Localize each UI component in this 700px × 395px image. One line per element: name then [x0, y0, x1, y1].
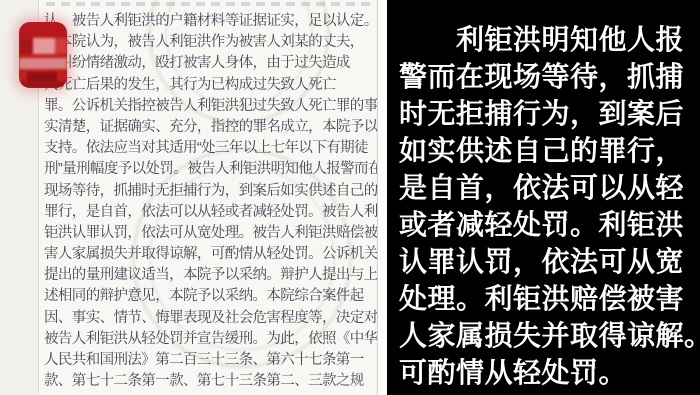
caption-line: 或者减轻处罚。利钜洪 — [399, 206, 695, 243]
caption-line: 可酌情从轻处罚。 — [399, 354, 695, 391]
document-line: 述相同的辩护意见，本院予以采纳。本院综合案件起 — [44, 286, 377, 307]
logo-mosaic — [19, 22, 67, 88]
document-line: 害人家属损失并取得谅解，可酌情从轻处罚。公诉机关 — [44, 244, 377, 265]
clipped-text-line — [46, 2, 372, 6]
caption-line: 利钜洪明知他人报 — [399, 21, 695, 58]
document-line: 本院认为，被告人利钜洪作为被害人刘某的丈夫， — [44, 32, 377, 53]
document-line: 人死亡后果的发生，其行为已构成过失致人死亡 — [44, 75, 377, 96]
document-line: 支持。依法应当对其适用“处三年以上七年以下有期徒 — [44, 138, 377, 159]
court-judgment-document: 认，被告人利钜洪的户籍材料等证据证实，足以认定。 本院认为，被告人利钜洪作为被害… — [0, 0, 387, 395]
caption-line: 是自首，依法可以从轻 — [399, 169, 695, 206]
caption-line: 人家属损失并取得谅解。 — [399, 317, 695, 354]
document-line: 被告人利钜洪从轻处罚并宣告缓刑。为此，依照《中华 — [44, 329, 377, 350]
page-right-edge — [377, 0, 387, 395]
caption-panel: 利钜洪明知他人报 警而在现场等待，抓捕 时无拒捕行为，到案后 如实供述自己的罪行… — [387, 0, 700, 395]
caption-line: 处理。利钜洪赔偿被害 — [399, 280, 695, 317]
document-line: 实清楚，证据确实、充分，指控的罪名成立，本院予以 — [44, 117, 377, 138]
caption-line: 警而在现场等待，抓捕 — [399, 58, 695, 95]
document-line: 钜洪认罪认罚，依法可从宽处理。被告人利钜洪赔偿被 — [44, 223, 377, 244]
document-line: 人民共和国刑法》第二百三十三条、第六十七条第一 — [44, 350, 377, 371]
document-line: 款、第七十二条第一款、第七十三条第二、三款之规 — [44, 371, 377, 392]
document-line: 提出的量刑建议适当，本院予以采纳。辩护人提出与上 — [44, 265, 377, 286]
caption-line: 认罪认罚，依法可从宽 — [399, 243, 695, 280]
document-line: 罪行，是自首，依法可以从轻或者减轻处罚。被告人利 — [44, 202, 377, 223]
document-line: 感纠纷情绪激动，殴打被害人身体，由于过失造成 — [44, 53, 377, 74]
caption-line: 时无拒捕行为，到案后 — [399, 95, 695, 132]
document-line: 刑”量刑幅度予以处罚。被告人利钜洪明知他人报警而在 — [44, 159, 377, 180]
document-line: 现场等待，抓捕时无拒捕行为，到案后如实供述自己的 — [44, 181, 377, 202]
censored-logo-icon — [19, 22, 67, 88]
document-line: 因、事实、情节、悔罪表现及社会危害程度等，决定对 — [44, 308, 377, 329]
news-image: 认，被告人利钜洪的户籍材料等证据证实，足以认定。 本院认为，被告人利钜洪作为被害… — [0, 0, 700, 395]
caption-line: 如实供述自己的罪行， — [399, 132, 695, 169]
document-line: 罪。公诉机关指控被告人利钜洪犯过失致人死亡罪的事 — [44, 96, 377, 117]
document-line: 认，被告人利钜洪的户籍材料等证据证实，足以认定。 — [44, 11, 377, 32]
judgment-text-block: 认，被告人利钜洪的户籍材料等证据证实，足以认定。 本院认为，被告人利钜洪作为被害… — [44, 11, 377, 392]
